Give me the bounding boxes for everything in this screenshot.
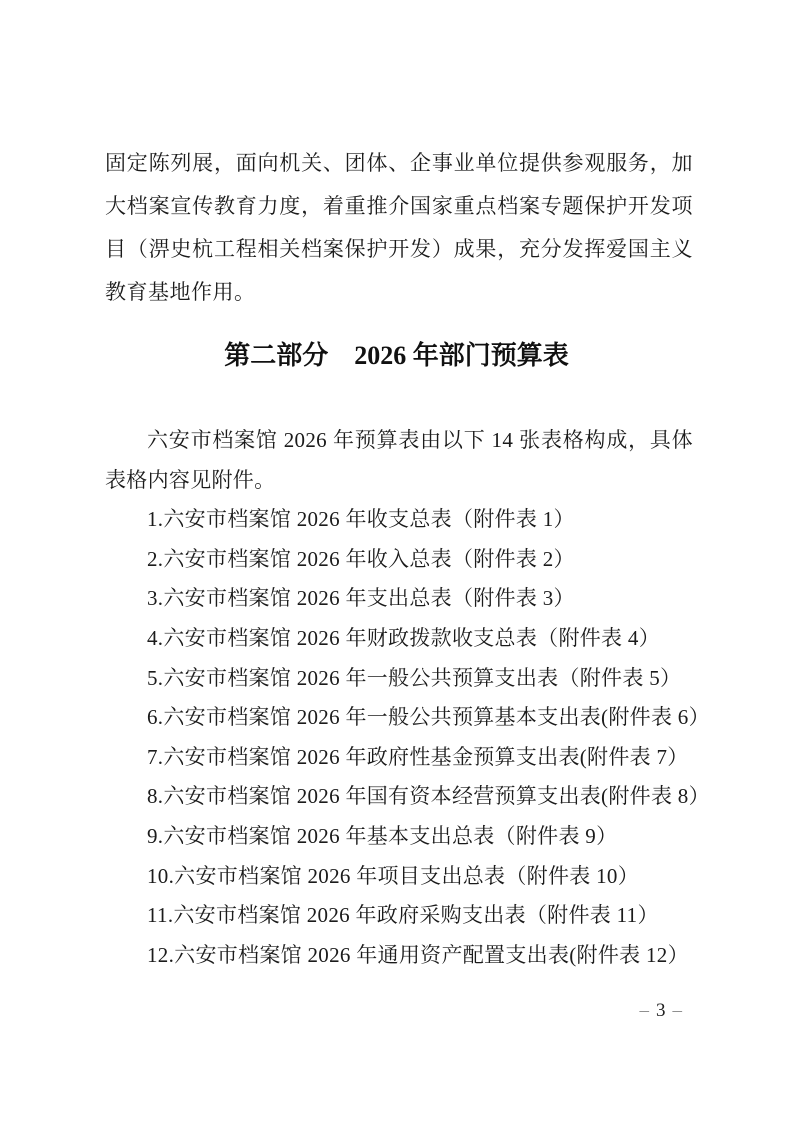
page-number: –3– — [634, 1000, 690, 1022]
page-number-dash-left: – — [634, 1000, 657, 1021]
document-page: 固定陈列展，面向机关、团体、企事业单位提供参观服务，加 大档案宣传教育力度，着重… — [0, 0, 793, 1122]
budget-tables-section: 六安市档案馆 2026 年预算表由以下 14 张表格构成，具体 表格内容见附件。… — [105, 421, 693, 975]
paragraph-line: 大档案宣传教育力度，着重推介国家重点档案专题保护开发项 — [105, 185, 693, 228]
list-item: 10.六安市档案馆 2026 年项目支出总表（附件表 10） — [105, 857, 693, 897]
list-item: 7.六安市档案馆 2026 年政府性基金预算支出表(附件表 7） — [105, 738, 693, 778]
paragraph-line: 目（淠史杭工程相关档案保护开发）成果，充分发挥爱国主义 — [105, 228, 693, 271]
list-item: 12.六安市档案馆 2026 年通用资产配置支出表(附件表 12） — [105, 936, 693, 976]
page-number-dash-right: – — [667, 1000, 690, 1021]
list-item: 11.六安市档案馆 2026 年政府采购支出表（附件表 11） — [105, 896, 693, 936]
paragraph-line: 教育基地作用。 — [105, 271, 693, 314]
section-heading: 第二部分 2026 年部门预算表 — [0, 334, 793, 378]
list-item: 2.六安市档案馆 2026 年收入总表（附件表 2） — [105, 540, 693, 580]
carryover-paragraph: 固定陈列展，面向机关、团体、企事业单位提供参观服务，加 大档案宣传教育力度，着重… — [105, 142, 693, 314]
intro-line: 六安市档案馆 2026 年预算表由以下 14 张表格构成，具体 — [105, 421, 693, 461]
paragraph-line: 固定陈列展，面向机关、团体、企事业单位提供参观服务，加 — [105, 142, 693, 185]
list-item: 3.六安市档案馆 2026 年支出总表（附件表 3） — [105, 579, 693, 619]
page-number-value: 3 — [656, 1000, 667, 1021]
list-item: 6.六安市档案馆 2026 年一般公共预算基本支出表(附件表 6） — [105, 698, 693, 738]
intro-line: 表格内容见附件。 — [105, 461, 693, 501]
list-item: 8.六安市档案馆 2026 年国有资本经营预算支出表(附件表 8） — [105, 777, 693, 817]
list-item: 9.六安市档案馆 2026 年基本支出总表（附件表 9） — [105, 817, 693, 857]
list-item: 1.六安市档案馆 2026 年收支总表（附件表 1） — [105, 500, 693, 540]
list-item: 4.六安市档案馆 2026 年财政拨款收支总表（附件表 4） — [105, 619, 693, 659]
list-item: 5.六安市档案馆 2026 年一般公共预算支出表（附件表 5） — [105, 659, 693, 699]
